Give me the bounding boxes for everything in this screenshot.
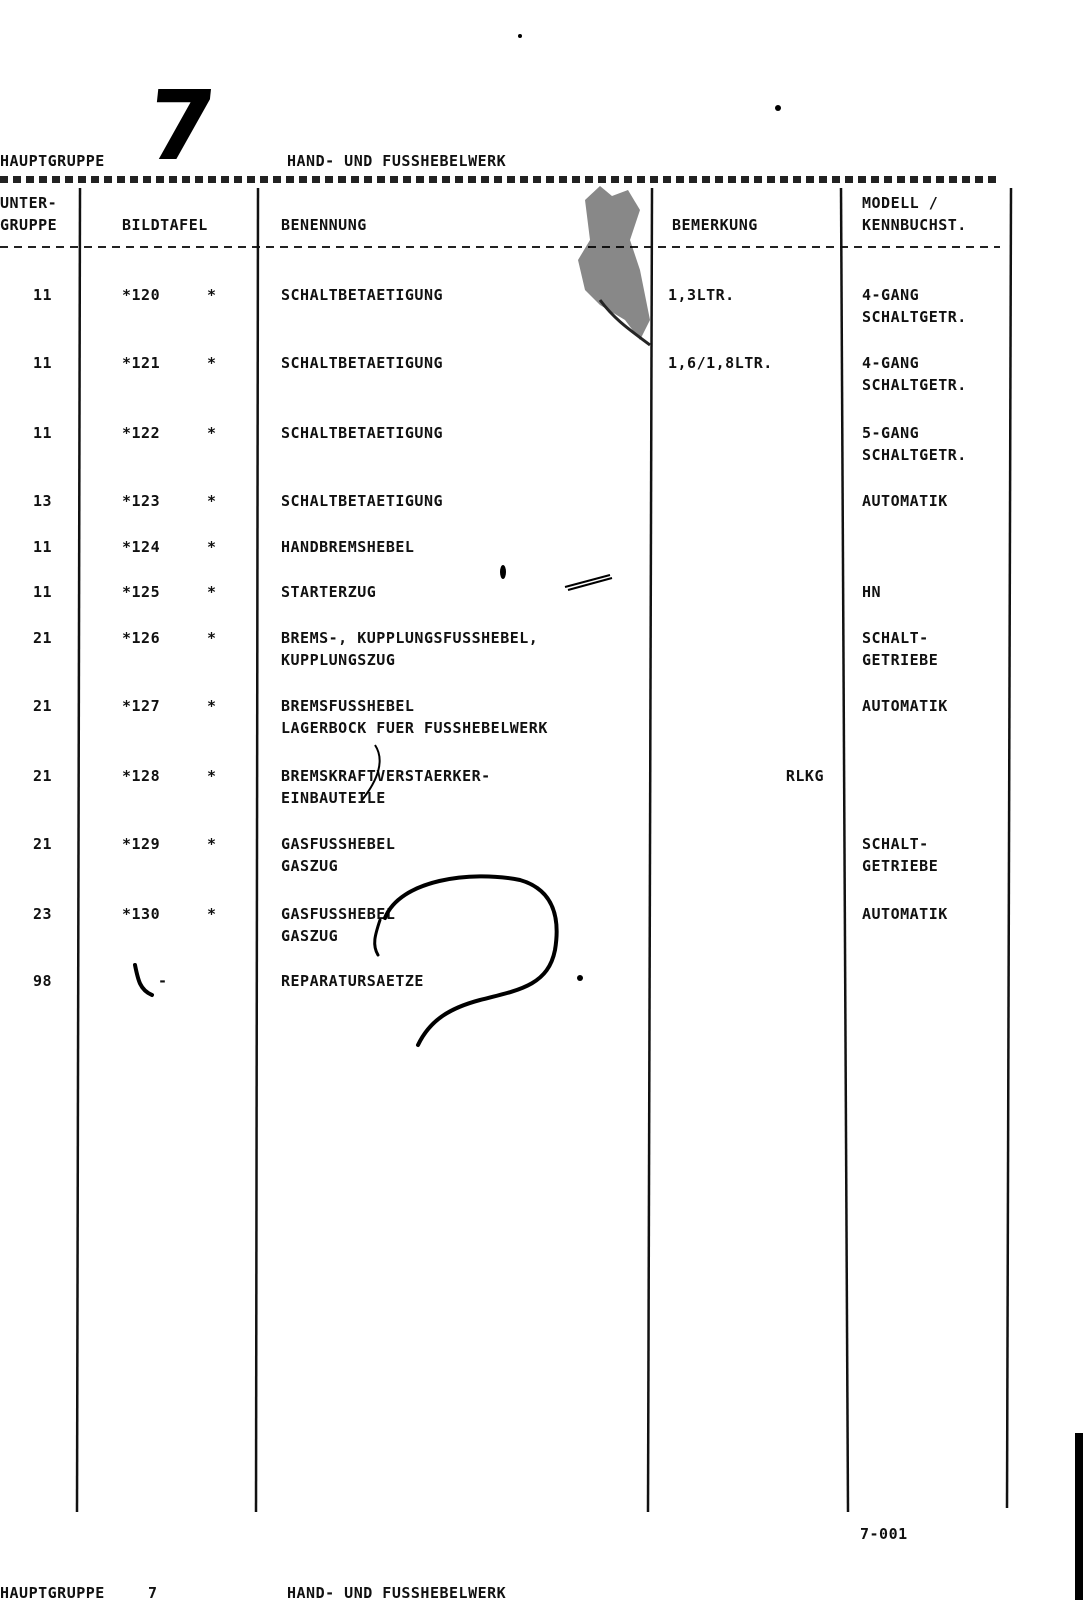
page-number: 7-001: [860, 1523, 908, 1545]
scan-edge-bar: [1075, 1433, 1083, 1600]
footer-group-number: 7: [148, 1582, 158, 1600]
table-grid-lines: [0, 0, 1083, 1600]
footer-group-title: HAND- UND FUSSHEBELWERK: [287, 1582, 506, 1600]
footer-group-label: HAUPTGRUPPE: [0, 1582, 105, 1600]
